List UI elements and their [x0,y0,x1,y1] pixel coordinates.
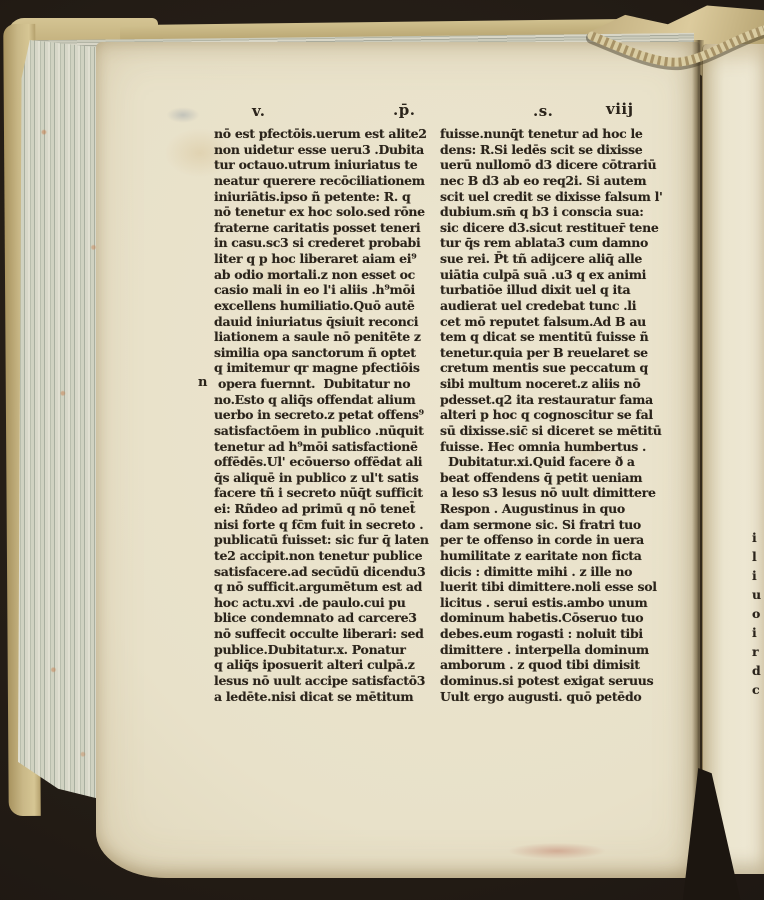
text-line: fraterne caritatis posset teneri [214,220,454,236]
text-line: blice condemnato ad carcere3 [214,610,454,626]
text-line: q nō sufficit.argumētum est ad [214,579,454,595]
text-line: neatur querere recōciliationem [214,173,454,189]
text-line: debes.eum rogasti : noluit tibi [440,626,680,642]
text-fragment: i [752,566,761,585]
text-line: tur q̄s rem ablata3 cum damno [440,235,680,251]
text-line: cet mō reputet falsum.Ad B au [440,314,680,330]
text-line: dimittere . interpella dominum [440,642,680,658]
binding-cord [556,10,764,82]
text-fragment: r [752,642,761,661]
text-line: alteri p hoc q cognoscitur se fal [440,407,680,423]
book-photograph: v. .p̄. .s. viij n nō est pfectōis.uerum… [0,0,764,900]
text-line: publicatū fuisset: sic fur q̄ laten [214,532,454,548]
facing-page-text-fragments: iliuoirdc [752,528,761,699]
text-line: dam sermone sic. Si fratri tuo [440,517,680,533]
text-line: dubium.sm̄ q b3 i conscia sua: [440,204,680,220]
text-line: uiātia culpā suā .u3 q ex animi [440,267,680,283]
text-line: uerbo in secreto.z petat offens⁹ [214,407,454,423]
text-line: uerū nullomō d3 dicere cōtrariū [440,157,680,173]
text-line: a ledēte.nisi dicat se mētitum [214,689,454,705]
text-line: tenetur ad h⁹mōi satisfactionē [214,439,454,455]
text-fragment: c [752,680,761,699]
text-line: facere tñ i secreto nūq̄t sufficit [214,485,454,501]
text-line: ei: Rñdeo ad primū q nō tenet̄ [214,501,454,517]
text-fragment: i [752,623,761,642]
text-line: dominus.si potest exigat seruus [440,673,680,689]
text-line: dominum habetis.Cōseruo tuo [440,610,680,626]
facing-page-edge [702,44,764,874]
text-line: opera fuernnt. Dubitatur no [214,376,454,392]
text-fragment: l [752,547,761,566]
text-line: satisfacere.ad secūdū dicendu3 [214,564,454,580]
text-line: humilitate z earitate non ficta [440,548,680,564]
text-column-right: fuisse.nunq̄t tenetur ad hoc ledens: R.S… [440,126,680,704]
header-signature-1: v. [252,102,265,120]
text-line: nō suffecit occulte liberari: sed [214,626,454,642]
text-line: luerit tibi dimittere.noli esse sol [440,579,680,595]
text-column-left: nō est pfectōis.uerum est alite2non uide… [214,126,454,704]
text-fragment: o [752,604,761,623]
text-line: sic dicere d3.sicut restituer̄ tene [440,220,680,236]
text-line: ab odio mortali.z non esset oc [214,267,454,283]
text-line: publice.Dubitatur.x. Ponatur [214,642,454,658]
text-line: Respon . Augustinus in quo [440,501,680,517]
text-line: a leso s3 lesus nō uult dimittere [440,485,680,501]
text-line: similia opa sanctorum ñ optet [214,345,454,361]
text-line: sū dixisse.sic̄ si diceret se mētitū [440,423,680,439]
header-signature-3: .s. [533,102,553,120]
text-line: q̄s aliquē in publico z ul't satis [214,470,454,486]
text-line: liationem a saule nō penitēte z [214,329,454,345]
text-line: q aliq̄s iposuerit alteri culpā.z [214,657,454,673]
text-line: satisfactōem in publico .nūquit [214,423,454,439]
text-line: excellens humiliatio.Quō autē [214,298,454,314]
text-line: nō est pfectōis.uerum est alite2 [214,126,454,142]
text-line: Dubitatur.xi.Quid facere ð a [440,454,680,470]
text-line: tur octauo.utrum iniuriatus te [214,157,454,173]
text-line: nec B d3 ab eo req2i. Si autem [440,173,680,189]
text-line: turbatiōe illud dixit uel q ita [440,282,680,298]
text-line: no.Esto q aliq̄s offendat alium [214,392,454,408]
text-line: casio mali in eo l'i aliis .h⁹mōi [214,282,454,298]
text-fragment: i [752,528,761,547]
text-line: licitus . serui estis.ambo unum [440,595,680,611]
header-signature-2: .p̄. [393,101,415,119]
text-line: hoc actu.xvi .de paulo.cui pu [214,595,454,611]
text-line: dicis : dimitte mihi . z ille no [440,564,680,580]
text-line: nō tenetur ex hoc solo.sed rōne [214,204,454,220]
text-line: nisi forte q fc̄m fuit in secreto . [214,517,454,533]
text-line: lesus nō uult accipe satisfactō3 [214,673,454,689]
text-line: te2 accipit.non tenetur publice [214,548,454,564]
text-line: dauid iniuriatus q̄siuit reconci [214,314,454,330]
text-line: non uidetur esse ueru3 .Dubita [214,142,454,158]
text-line: cretum mentis sue peccatum q [440,360,680,376]
text-line: amborum . z quod tibi dimisit [440,657,680,673]
text-line: in casu.sc3 si crederet probabi [214,235,454,251]
text-line: Uult ergo augusti. quō petēdo [440,689,680,705]
text-line: beat offendens q̄ petit ueniam [440,470,680,486]
text-line: fuisse.nunq̄t tenetur ad hoc le [440,126,680,142]
text-line: tenetur.quia per B reuelaret se [440,345,680,361]
text-fragment: d [752,661,761,680]
text-line: dens: R.Si ledēs scit se dixisse [440,142,680,158]
text-line: q imitemur qr magne pfectiōis [214,360,454,376]
text-line: sue rei. P̄t tñ adijcere aliq̄ alle [440,251,680,267]
margin-note: n [198,375,207,390]
text-fragment: u [752,585,761,604]
text-line: iniuriātis.ipso ñ petente: R. q [214,189,454,205]
text-line: per te offenso in corde in uera [440,532,680,548]
text-line: fuisse. Hec omnia humbertus . [440,439,680,455]
text-line: scit uel credit se dixisse falsum l' [440,189,680,205]
header-signature-folio: viij [606,100,634,118]
text-line: pdesset.q2 ita restauratur fama [440,392,680,408]
text-line: audierat uel credebat tunc .li [440,298,680,314]
text-line: offēdēs.Ul' ecōuerso offēdat ali [214,454,454,470]
text-line: liter q p hoc liberaret aiam ei⁹ [214,251,454,267]
text-line: sibi multum noceret.z aliis nō [440,376,680,392]
text-line: tem q dicat se mentitū fuisse ñ [440,329,680,345]
